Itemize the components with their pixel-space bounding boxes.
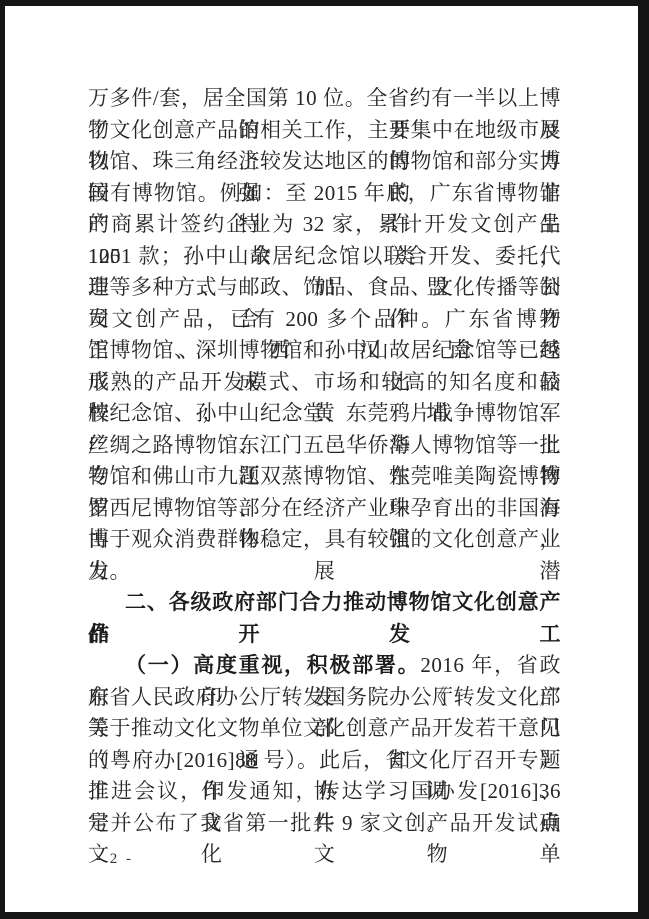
document-body: 万多件/套，居全国第 10 位。全省约有一半以上博物馆开展了文化创意产品的相关工… <box>88 83 561 839</box>
text-line: 发文创产品，已有 200 多个品种。广东省博物馆、西汉南越 <box>88 304 561 336</box>
text-line: 关于推动文化文物单位文化创意产品开发若干意见的通知》 <box>88 713 561 745</box>
text-line: 丝绸之路博物馆、江门五邑华侨华人博物馆等一批专题性博 <box>88 430 561 462</box>
text-line: 王博物馆、深圳博物馆和孙中山故居纪念馆等已经形成比较 <box>88 335 561 367</box>
text-segment: 定并公布了我省第一批共 9 家文创产品开发试点文化文物单 <box>88 811 561 867</box>
text-line: 罗西尼博物馆等部分在经济产业中孕育出的非国有博物馆， <box>88 493 561 525</box>
document-page: 万多件/套，居全国第 10 位。全省约有一半以上博物馆开展了文化创意产品的相关工… <box>5 6 638 912</box>
text-line: 东省人民政府办公厅转发国务院办公厅转发文化部等部门 <box>88 682 561 714</box>
text-line: 由于观众消费群体稳定，具有较强的文化创意产业发展潜 <box>88 524 561 556</box>
text-segment: 由于观众消费群体稳定，具有较强的文化创意产业发展潜 <box>88 527 561 583</box>
text-line: 了文化创意产品的相关工作，主要集中在地级市及以上的博 <box>88 115 561 147</box>
text-line: 万多件/套，居全国第 10 位。全省约有一半以上博物馆开展 <box>88 83 561 115</box>
bold-text-segment: 作 <box>88 622 110 646</box>
text-line: 造等多种方式与邮政、饰品、食品、文化传播等公司合作开 <box>88 272 561 304</box>
page-number: - 2 - <box>96 851 134 868</box>
text-segment: 力。 <box>88 559 131 583</box>
bold-text-segment: （一）高度重视，积极部署。 <box>125 653 420 677</box>
text-line: 二、各级政府部门合力推动博物馆文化创意产品开发工 <box>88 587 561 619</box>
text-line: （一）高度重视，积极部署。2016 年，省政府印发《广 <box>88 650 561 682</box>
text-line: 1251 款；孙中山故居纪念馆以联合开发、委托代理、加盟制 <box>88 241 561 273</box>
bold-text-segment: 二、各级政府部门合力推动博物馆文化创意产品开发工 <box>88 590 561 646</box>
text-line: 定并公布了我省第一批共 9 家文创产品开发试点文化文物单 <box>88 808 561 840</box>
text-line: 物馆、珠三角经济较发达地区的博物馆和部分实力较强的非 <box>88 146 561 178</box>
text-line: 物馆和佛山市九江双蒸博物馆、东莞唯美陶瓷博物馆、珠海 <box>88 461 561 493</box>
text-line: （粤府办[2016]88 号）。此后，省文化厅召开专题工作协调、 <box>88 745 561 777</box>
text-line: 推进会议，印发通知，传达学习国办发[2016]36 号文件。确 <box>88 776 561 808</box>
text-line: 成熟的产品开发模式、市场和较高的知名度和品牌；黄埔军 <box>88 367 561 399</box>
text-line: 校纪念馆、孙中山纪念堂、东莞鸦片战争博物馆、广东海上 <box>88 398 561 430</box>
text-line: 国有博物馆。例如：至 2015 年底，广东省博物馆的特许生 <box>88 178 561 210</box>
scanned-document-background: 万多件/套，居全国第 10 位。全省约有一半以上博物馆开展了文化创意产品的相关工… <box>0 0 649 919</box>
text-line: 产商累计签约企业为 32 家，累计开发文创产品 100 余类， <box>88 209 561 241</box>
